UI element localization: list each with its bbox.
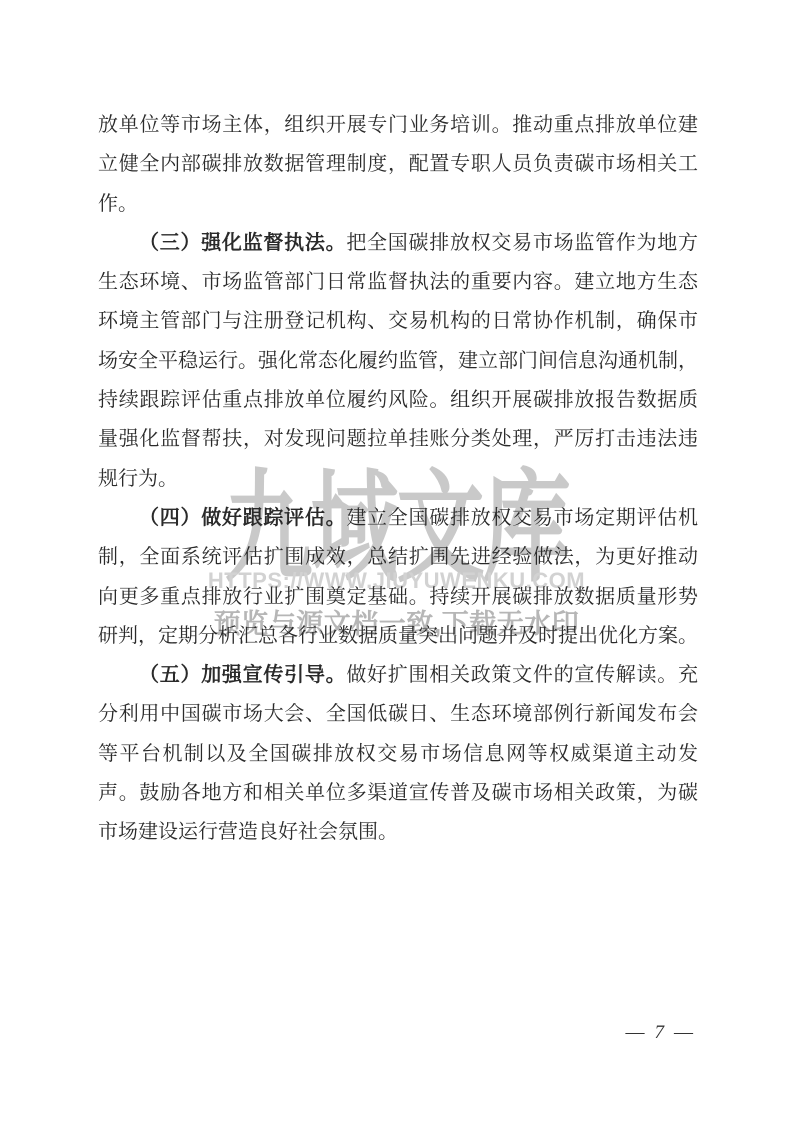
line-text: 作。 [98,193,138,215]
section-heading: （四）做好跟踪评估。 [139,507,346,529]
line-text: 持续跟踪评估重点排放单位履约风险。组织开展碳排放报告数据质 [98,389,698,411]
text-line: （四）做好跟踪评估。建立全国碳排放权交易市场定期评估机 [98,499,698,538]
line-text: 立健全内部碳排放数据管理制度，配置专职人员负责碳市场相关工 [98,153,698,175]
line-text: 建立全国碳排放权交易市场定期评估机 [346,507,698,529]
text-line: 持续跟踪评估重点排放单位履约风险。组织开展碳排放报告数据质 [98,381,698,420]
page-number: —7— [626,1020,694,1046]
text-line: 制，全面系统评估扩围成效，总结扩围先进经验做法，为更好推动 [98,538,698,577]
text-line: （三）强化监督执法。把全国碳排放权交易市场监管作为地方 [98,224,698,263]
text-line: 立健全内部碳排放数据管理制度，配置专职人员负责碳市场相关工 [98,145,698,184]
line-text: 生态环境、市场监管部门日常监督执法的重要内容。建立地方生态 [98,271,698,293]
section-heading: （五）加强宣传引导。 [139,664,346,686]
text-line: 等平台机制以及全国碳排放权交易市场信息网等权威渠道主动发 [98,735,698,774]
line-text: 环境主管部门与注册登记机构、交易机构的日常协作机制，确保市 [98,310,698,332]
document-body: 放单位等市场主体，组织开展专门业务培训。推动重点排放单位建立健全内部碳排放数据管… [98,106,698,853]
line-text: 把全国碳排放权交易市场监管作为地方 [346,232,698,254]
paragraph: （三）强化监督执法。把全国碳排放权交易市场监管作为地方生态环境、市场监管部门日常… [98,224,698,499]
document-page: 九域文库 HTTPS://WWW.JIUYUWENKU.COM 预览与源文档一致… [0,0,793,1122]
line-text: 规行为。 [98,468,178,490]
text-line: 作。 [98,185,698,224]
paragraph: 放单位等市场主体，组织开展专门业务培训。推动重点排放单位建立健全内部碳排放数据管… [98,106,698,224]
text-line: 研判，定期分析汇总各行业数据质量突出问题并及时提出优化方案。 [98,617,698,656]
text-line: 规行为。 [98,460,698,499]
text-line: 声。鼓励各地方和相关单位多渠道宣传普及碳市场相关政策，为碳 [98,774,698,813]
text-line: 放单位等市场主体，组织开展专门业务培训。推动重点排放单位建 [98,106,698,145]
text-line: 生态环境、市场监管部门日常监督执法的重要内容。建立地方生态 [98,263,698,302]
line-text: 场安全平稳运行。强化常态化履约监管，建立部门间信息沟通机制， [98,350,698,372]
line-text: 放单位等市场主体，组织开展专门业务培训。推动重点排放单位建 [98,114,698,136]
line-text: 研判，定期分析汇总各行业数据质量突出问题并及时提出优化方案。 [98,625,698,647]
page-number-right-dash: — [674,1022,693,1043]
text-line: （五）加强宣传引导。做好扩围相关政策文件的宣传解读。充 [98,656,698,695]
text-line: 分利用中国碳市场大会、全国低碳日、生态环境部例行新闻发布会 [98,695,698,734]
line-text: 做好扩围相关政策文件的宣传解读。充 [346,664,698,686]
text-line: 场安全平稳运行。强化常态化履约监管，建立部门间信息沟通机制， [98,342,698,381]
line-text: 量强化监督帮扶，对发现问题拉单挂账分类处理，严厉打击违法违 [98,428,698,450]
paragraph: （五）加强宣传引导。做好扩围相关政策文件的宣传解读。充分利用中国碳市场大会、全国… [98,656,698,852]
page-number-left-dash: — [626,1022,645,1043]
line-text: 市场建设运行营造良好社会氛围。 [98,821,398,843]
text-line: 环境主管部门与注册登记机构、交易机构的日常协作机制，确保市 [98,302,698,341]
line-text: 分利用中国碳市场大会、全国低碳日、生态环境部例行新闻发布会 [98,703,698,725]
paragraph: （四）做好跟踪评估。建立全国碳排放权交易市场定期评估机制，全面系统评估扩围成效，… [98,499,698,656]
line-text: 向更多重点排放行业扩围奠定基础。持续开展碳排放数据质量形势 [98,586,698,608]
section-heading: （三）强化监督执法。 [139,232,346,254]
line-text: 制，全面系统评估扩围成效，总结扩围先进经验做法，为更好推动 [98,546,698,568]
text-line: 市场建设运行营造良好社会氛围。 [98,813,698,852]
line-text: 等平台机制以及全国碳排放权交易市场信息网等权威渠道主动发 [98,743,698,765]
text-line: 向更多重点排放行业扩围奠定基础。持续开展碳排放数据质量形势 [98,578,698,617]
text-line: 量强化监督帮扶，对发现问题拉单挂账分类处理，严厉打击违法违 [98,420,698,459]
line-text: 声。鼓励各地方和相关单位多渠道宣传普及碳市场相关政策，为碳 [98,782,698,804]
page-number-value: 7 [655,1022,665,1043]
